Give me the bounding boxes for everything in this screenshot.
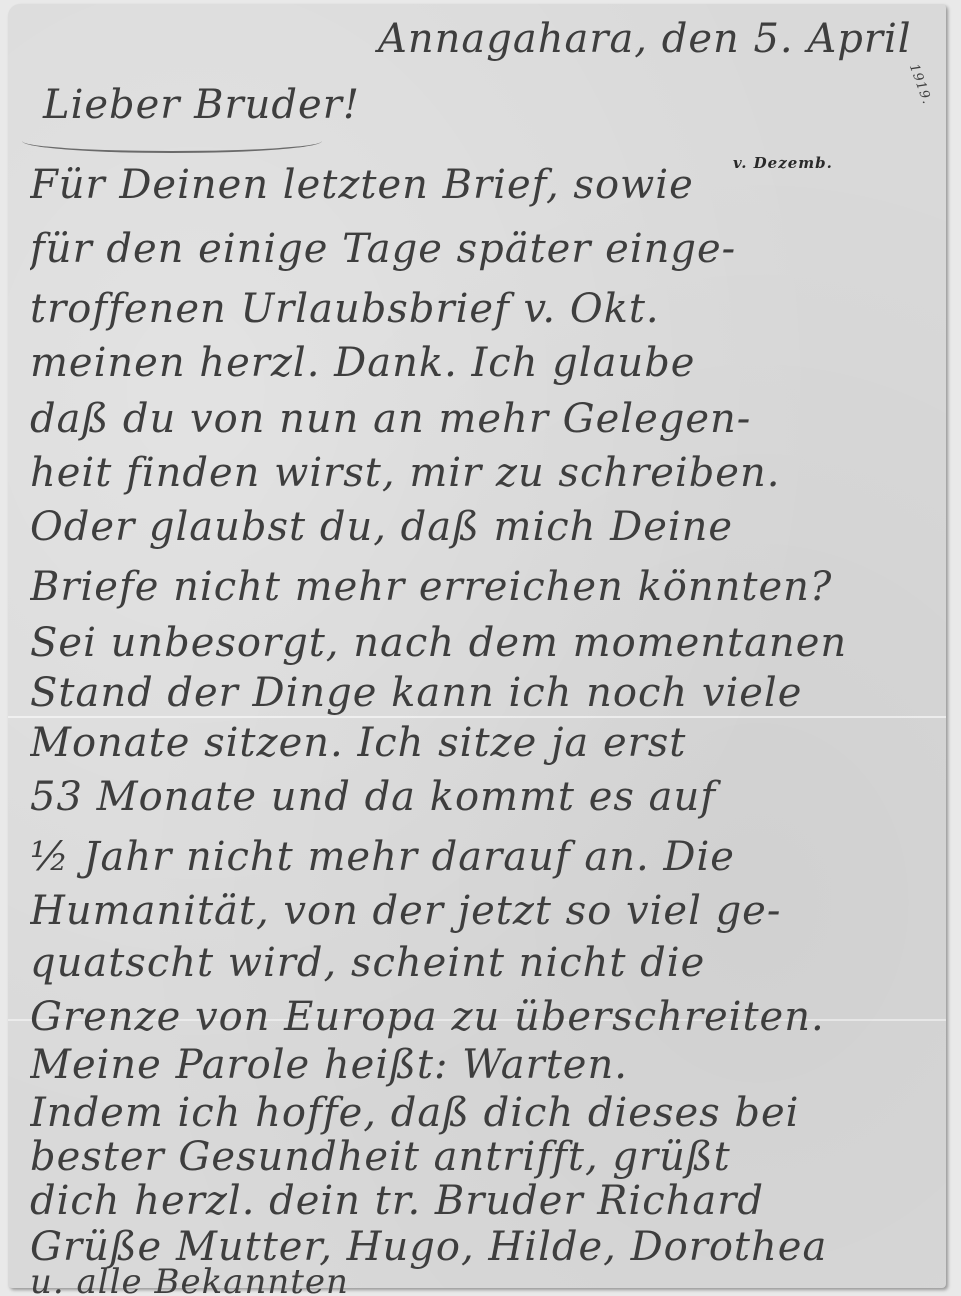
letter-line: Stand der Dinge kann ich noch viele bbox=[30, 670, 950, 716]
letter-line: bester Gesundheit antrifft, grüßt bbox=[30, 1134, 950, 1180]
letter-line: Sei unbesorgt, nach dem momentanen bbox=[30, 620, 950, 666]
letter-line: Humanität, von der jetzt so viel ge- bbox=[30, 888, 950, 934]
letter-line: Oder glaubst du, daß mich Deine bbox=[30, 504, 950, 550]
letter-line: Monate sitzen. Ich sitze ja erst bbox=[30, 720, 950, 766]
letter-line: u. alle Bekannten bbox=[30, 1262, 950, 1296]
letter-line: quatscht wird, scheint nicht die bbox=[30, 940, 950, 986]
letter-line: für den einige Tage später einge- bbox=[30, 226, 950, 272]
letter-line: Indem ich hoffe, daß dich dieses bei bbox=[30, 1090, 950, 1136]
letter-line: heit finden wirst, mir zu schreiben. bbox=[30, 450, 950, 496]
letter-line: Meine Parole heißt: Warten. bbox=[30, 1042, 950, 1088]
place-date: Annagahara, den 5. April bbox=[378, 16, 912, 62]
salutation: Lieber Bruder! bbox=[43, 82, 360, 128]
salutation-underline bbox=[22, 129, 322, 153]
letter-line: dich herzl. dein tr. Bruder Richard bbox=[30, 1178, 950, 1224]
letter-line: Grenze von Europa zu überschreiten. bbox=[30, 994, 950, 1040]
letter-line: Für Deinen letzten Brief, sowie bbox=[30, 162, 950, 208]
letter-line: ½ Jahr nicht mehr darauf an. Die bbox=[30, 834, 950, 880]
letter-line: Briefe nicht mehr erreichen könnten? bbox=[30, 564, 950, 610]
fold-crease bbox=[8, 716, 946, 718]
letter-line: meinen herzl. Dank. Ich glaube bbox=[30, 340, 950, 386]
letter-line: troffenen Urlaubsbrief v. Okt. bbox=[30, 286, 950, 332]
year-note: 1919. bbox=[906, 62, 935, 107]
letter-line: 53 Monate und da kommt es auf bbox=[30, 774, 950, 820]
letter-line: daß du von nun an mehr Gelegen- bbox=[30, 396, 950, 442]
letter-page: Annagahara, den 5. April 1919. Lieber Br… bbox=[8, 4, 946, 1288]
